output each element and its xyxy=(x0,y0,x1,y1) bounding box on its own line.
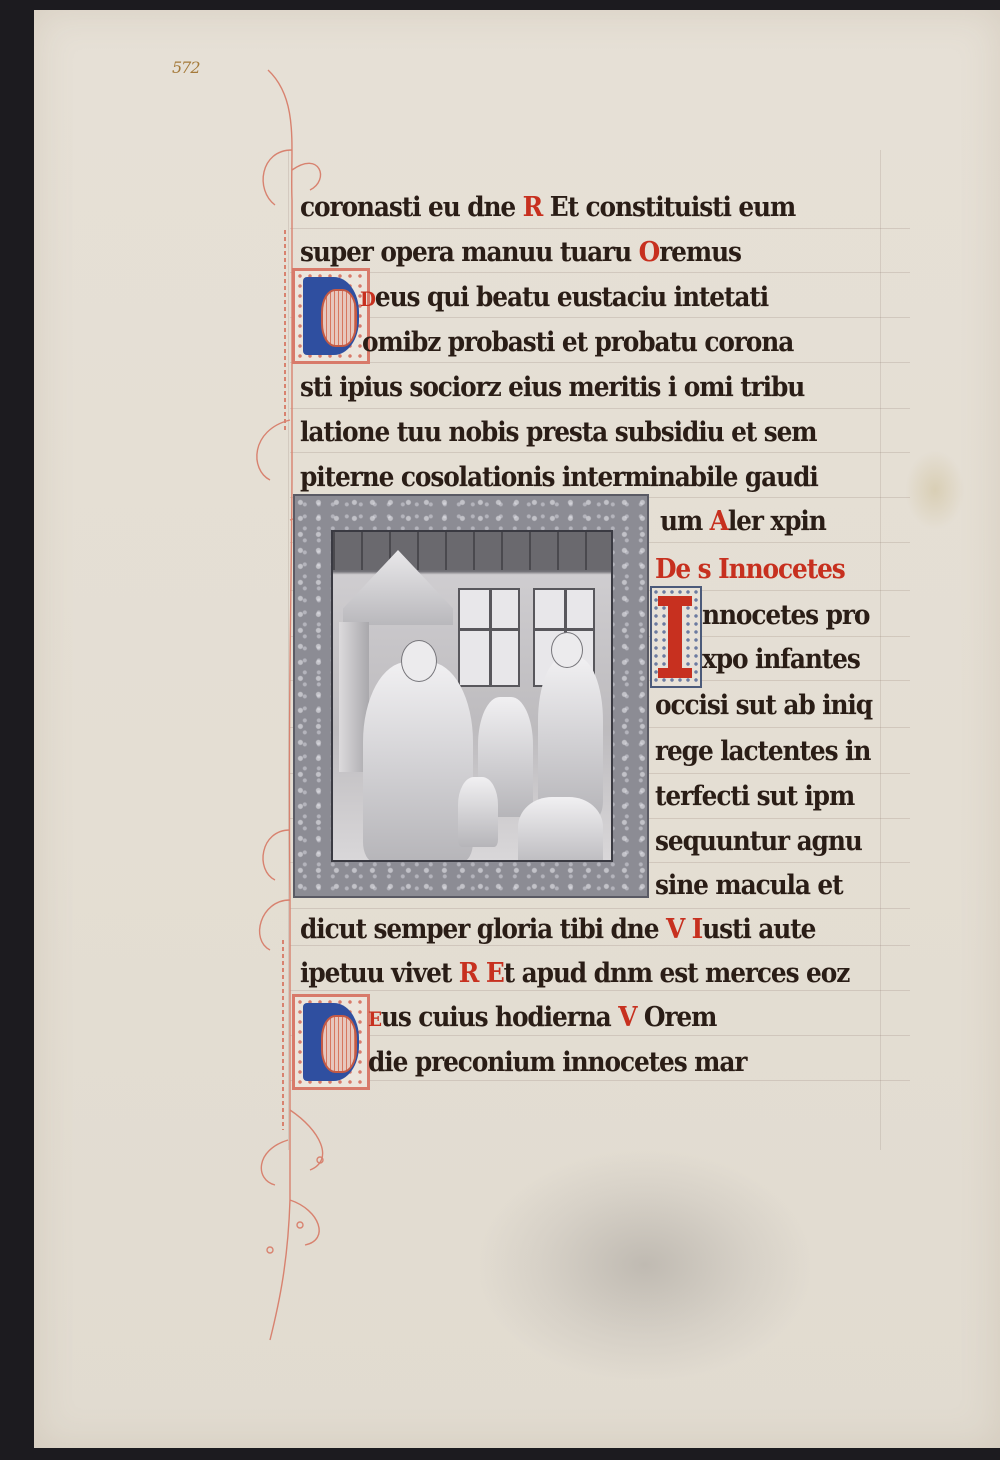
text-line-5: sti ipius sociorz eius meritis i omi tri… xyxy=(300,366,804,410)
initial-counter-ornament xyxy=(321,289,357,347)
window-left xyxy=(458,588,520,687)
text-line-2: super opera manuu tuaru Oremus xyxy=(300,231,741,275)
herod-head xyxy=(401,640,437,682)
text-line-13: rege lactentes in xyxy=(655,730,870,774)
text-line-3: Deus qui beatu eustaciu intetati xyxy=(360,276,768,320)
miniature-scene xyxy=(331,530,613,862)
initial-counter-ornament xyxy=(321,1015,357,1073)
text-line-7: piterne cosolationis interminabile gaudi xyxy=(300,456,818,500)
text-line-1: coronasti eu dne R Et constituisti eum xyxy=(300,186,795,230)
text-line-19: Eus cuius hodierna V Orem xyxy=(368,996,716,1040)
text-line-12: occisi sut ab iniq xyxy=(655,684,872,728)
rubric-heading-innocents: De s Innocetes xyxy=(655,548,845,592)
illuminated-initial-d-1 xyxy=(292,268,370,364)
text-line-16: sine macula et xyxy=(655,864,843,908)
text-line-14: terfecti sut ipm xyxy=(655,775,854,819)
herod-figure xyxy=(363,662,473,862)
text-line-10: nnocetes pro xyxy=(702,594,869,638)
text-line-11: xpo infantes xyxy=(702,638,860,682)
illuminated-initial-d-2 xyxy=(292,994,370,1090)
mother-figure xyxy=(518,797,603,862)
soldier-figure-2 xyxy=(538,657,603,817)
beamed-ceiling xyxy=(333,532,611,570)
text-line-4: omibz probasti et probatu corona xyxy=(362,321,793,365)
text-line-8: um Aler xpin xyxy=(660,500,826,544)
text-line-17: dicut semper gloria tibi dne V Iusti aut… xyxy=(300,908,815,952)
text-line-6: latione tuu nobis presta subsidiu et sem xyxy=(300,411,816,455)
miniature-massacre-of-innocents xyxy=(293,494,649,898)
text-line-20: die preconium innocetes mar xyxy=(368,1041,746,1085)
text-line-15: sequuntur agnu xyxy=(655,820,862,864)
infant-figure xyxy=(458,777,498,847)
illuminated-initial-i xyxy=(650,586,702,688)
text-line-18: ipetuu vivet R Et apud dnm est merces eo… xyxy=(300,952,849,996)
soldier-head xyxy=(551,632,583,668)
